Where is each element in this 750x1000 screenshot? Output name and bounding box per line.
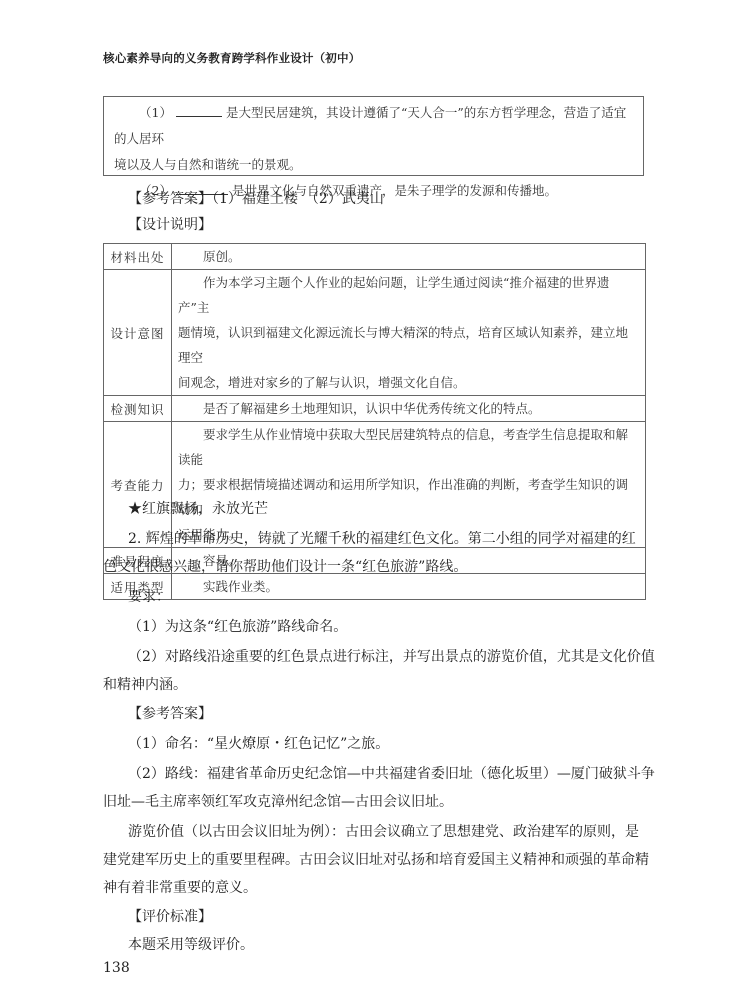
row-content: 作为本学习主题个人作业的起始问题，让学生通过阅读“推介福建的世界遗产”主 题情境… <box>172 270 646 396</box>
evaluation-text: 本题采用等级评价。 <box>103 934 254 954</box>
running-head: 核心素养导向的义务教育跨学科作业设计（初中） <box>103 50 360 66</box>
answer-name: （1）命名：“星火燎原・红色记忆”之旅。 <box>103 733 389 753</box>
evaluation-heading: 【评价标准】 <box>103 906 212 926</box>
answer-blank <box>176 102 222 117</box>
row-content: 是否了解福建乡土地理知识，认识中华优秀传统文化的特点。 <box>172 396 646 422</box>
requirement-1: （1）为这条“红色旅游”路线命名。 <box>103 616 347 636</box>
question-item-1-continuation: 境以及人与自然和谐统一的景观。 <box>114 152 633 178</box>
reference-answer-2-heading: 【参考答案】 <box>103 703 212 723</box>
answer-route-line-2: 旧址—毛主席率领红军攻克漳州纪念馆—古田会议旧址。 <box>103 791 453 811</box>
question-2-line-1: 2. 辉煌的革命历史，铸就了光耀千秋的福建红色文化。第二小组的同学对福建的红 <box>103 528 636 548</box>
section-title: ★红旗飘扬，永放光芒 <box>103 498 268 518</box>
requirements-label: 要求： <box>103 586 170 606</box>
answer-value-line-3: 神有着非常重要的意义。 <box>103 877 257 897</box>
row-label: 设计意图 <box>104 270 172 396</box>
row-label: 材料出处 <box>104 244 172 270</box>
requirement-2-line-2: 和精神内涵。 <box>103 674 187 694</box>
page-number: 138 <box>103 960 130 976</box>
answer-value-line-2: 建党建军历史上的重要里程碑。古田会议旧址对弘扬和培育爱国主义精神和顽强的革命精 <box>103 849 649 869</box>
row-content: 原创。 <box>172 244 646 270</box>
reference-answer-1: 【参考答案】（1）福建土楼 （2）武夷山 <box>103 188 384 208</box>
requirement-2-line-1: （2）对路线沿途重要的红色景点进行标注，并写出景点的游览价值，尤其是文化价值 <box>103 646 655 666</box>
question-item-1: （1）是大型民居建筑，其设计遵循了“天人合一”的东方哲学理念，营造了适宜的人居环 <box>114 100 633 152</box>
table-row: 检测知识 是否了解福建乡土地理知识，认识中华优秀传统文化的特点。 <box>104 396 646 422</box>
row-content: 实践作业类。 <box>172 574 646 600</box>
question-2-line-2: 色文化很感兴趣，请你帮助他们设计一条“红色旅游”路线。 <box>103 556 467 576</box>
table-row: 适用类型 实践作业类。 <box>104 574 646 600</box>
question-box: （1）是大型民居建筑，其设计遵循了“天人合一”的东方哲学理念，营造了适宜的人居环… <box>103 96 644 176</box>
table-row: 材料出处 原创。 <box>104 244 646 270</box>
table-row: 设计意图 作为本学习主题个人作业的起始问题，让学生通过阅读“推介福建的世界遗产”… <box>104 270 646 396</box>
answer-route-line-1: （2）路线：福建省革命历史纪念馆—中共福建省委旧址（德化坂里）—厦门破狱斗争 <box>103 763 655 783</box>
answer-value-line-1: 游览价值（以古田会议旧址为例）：古田会议确立了思想建党、政治建军的原则，是 <box>103 821 639 841</box>
design-heading: 【设计说明】 <box>103 214 212 234</box>
item-prefix: （1） <box>139 105 172 120</box>
row-label: 检测知识 <box>104 396 172 422</box>
